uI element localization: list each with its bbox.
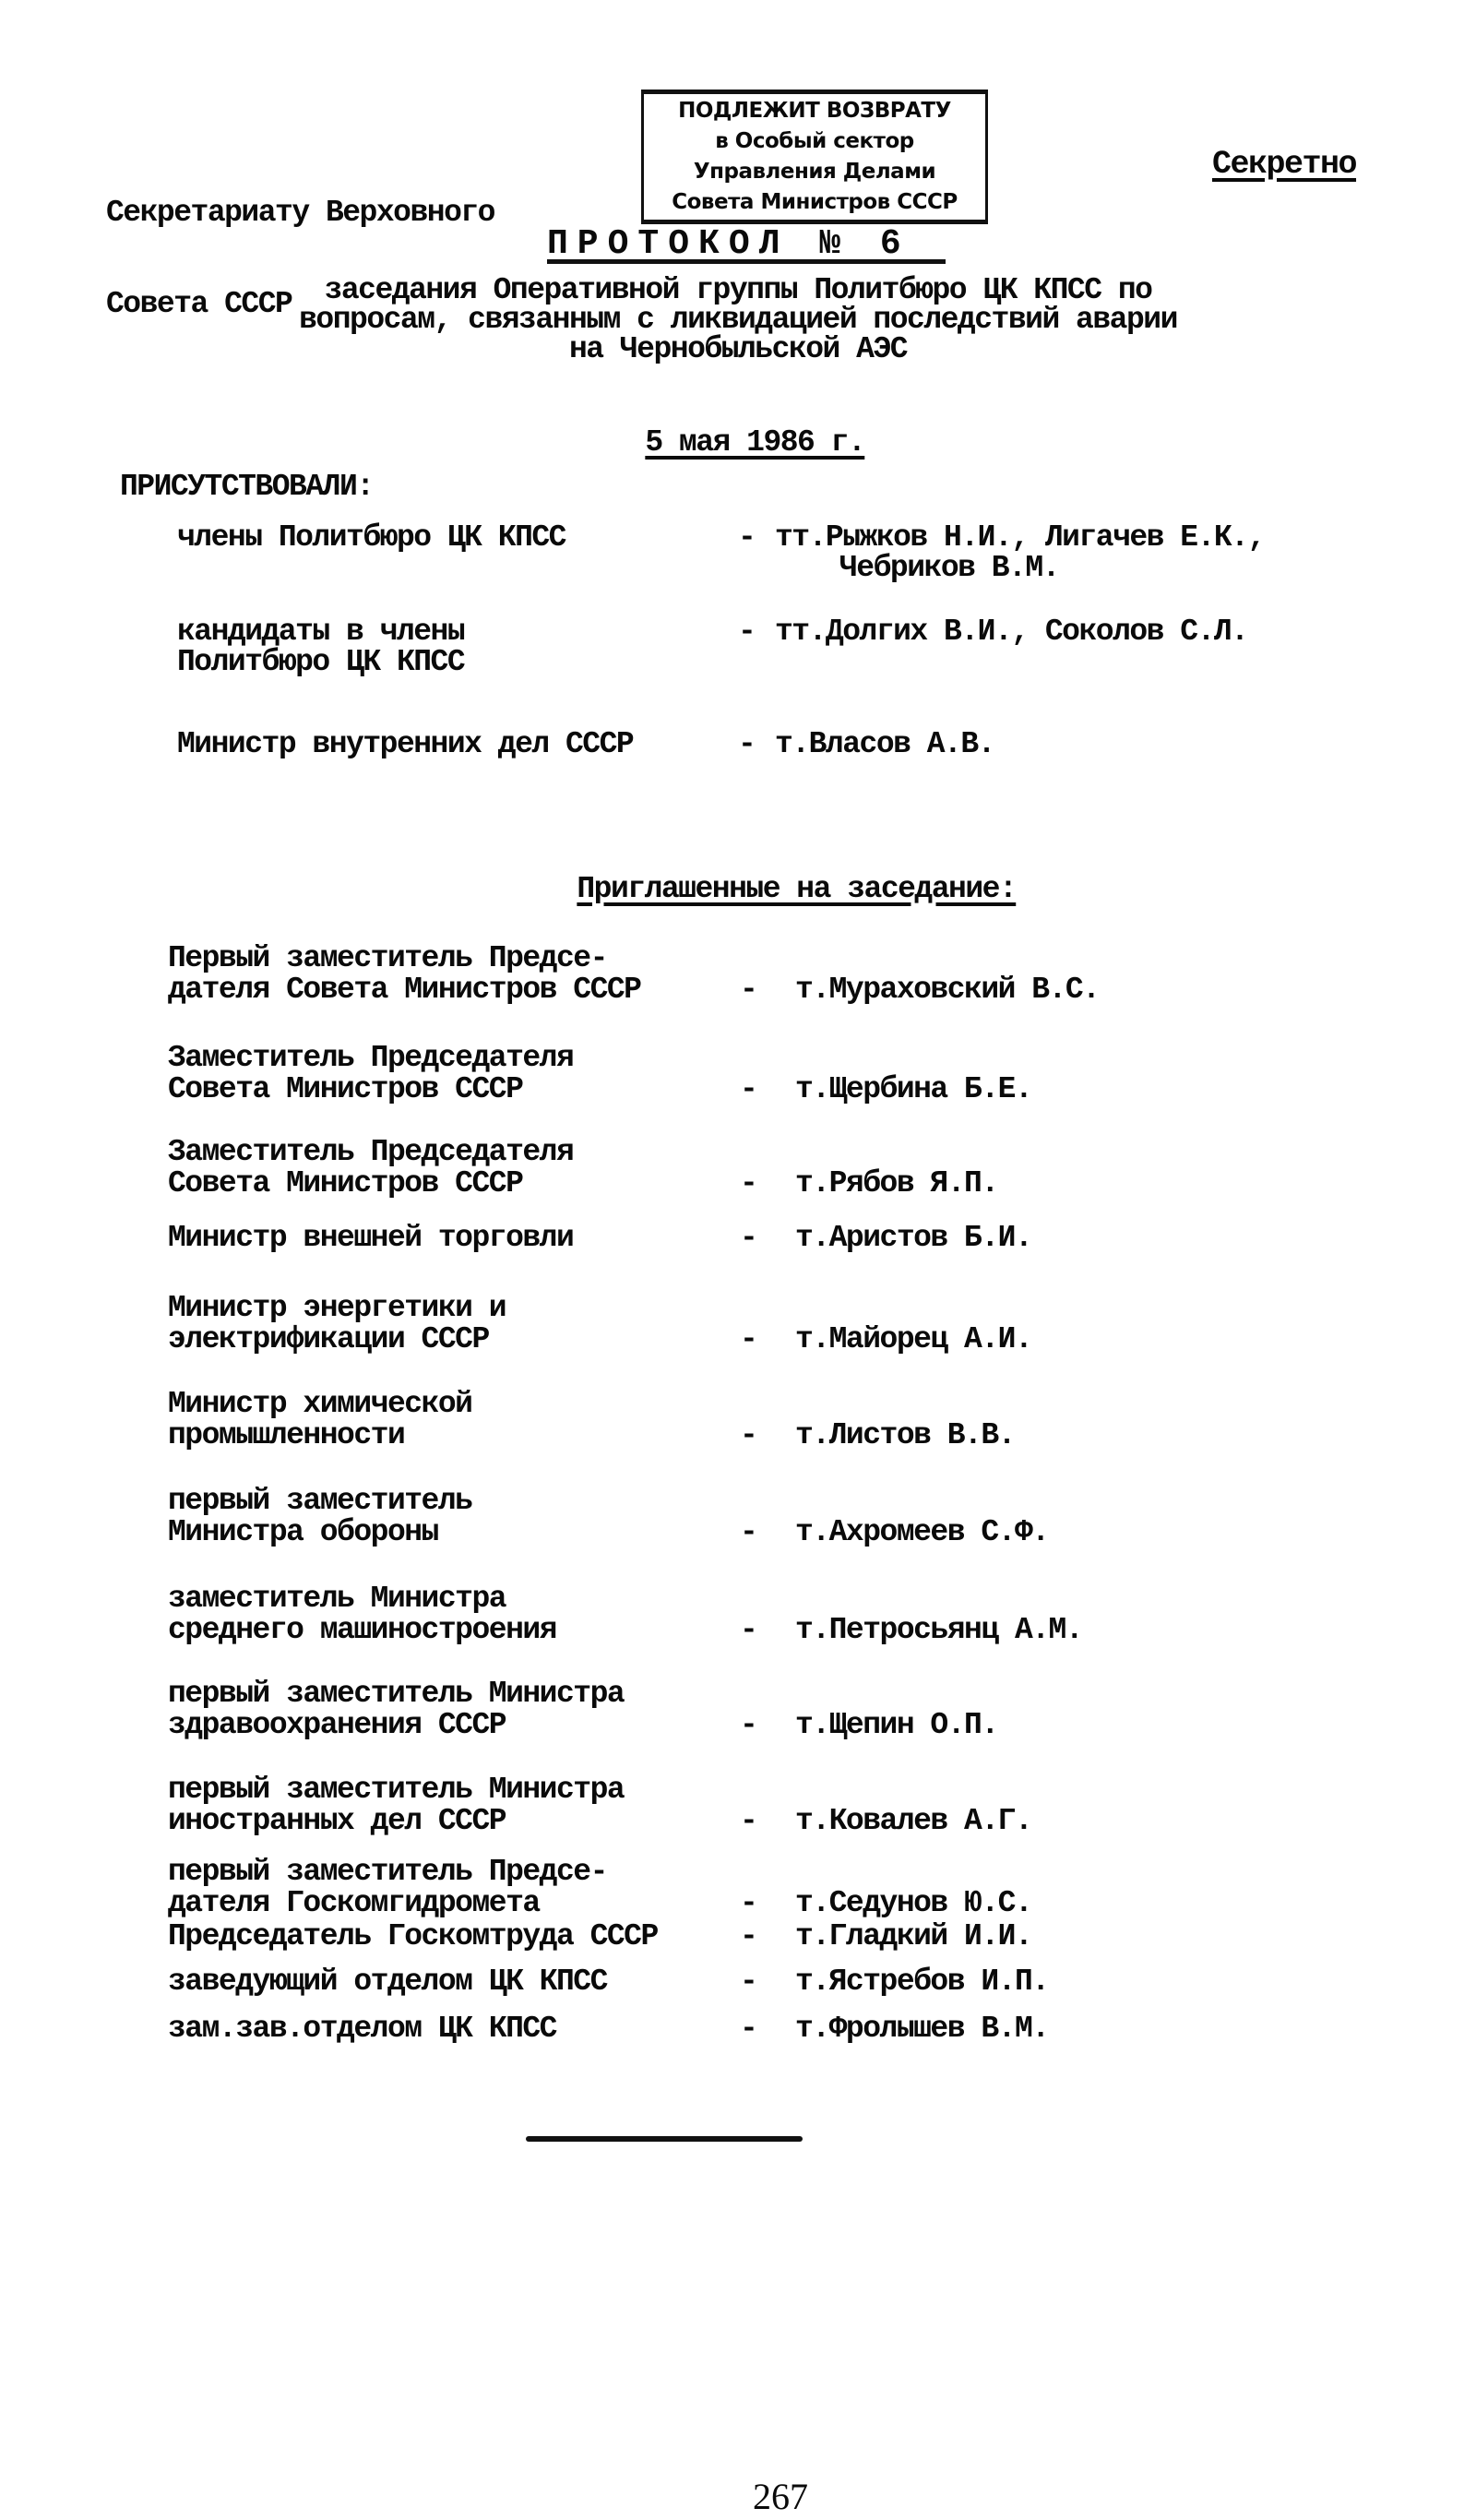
present-row: члены Политбюро ЦК КПСС-тт.Рыжков Н.И., … [0,522,1476,587]
invited-position: Заместитель Председателя [168,1043,573,1073]
meeting-date: 5 мая 1986 г. [645,425,864,460]
dash-separator: - [740,1223,756,1253]
invited-name: т.Фролышев В.М. [795,2013,1049,2044]
classification-mark: Секретно [1212,149,1356,180]
invited-name: т.Майорец А.И. [795,1324,1031,1355]
invited-position: промышленности [168,1420,404,1451]
invited-position: Совета Министров СССР [168,1168,522,1199]
dash-separator: - [738,729,755,759]
invited-position: Председатель Госкомтруда СССР [168,1921,658,1952]
invited-row: первый заместитель Министраздравоохранен… [0,1678,1476,1743]
invited-name: т.Гладкий И.И. [795,1921,1031,1952]
invited-position: Совета Министров СССР [168,1074,522,1105]
invited-position: первый заместитель Предсе- [168,1857,607,1887]
dash-separator: - [740,1074,756,1105]
dash-separator: - [740,1710,756,1740]
invited-name: т.Мураховский В.С. [795,974,1099,1005]
dash-separator: - [740,1324,756,1355]
dash-separator: - [738,616,755,647]
invited-position: здравоохранения СССР [168,1710,506,1740]
invited-position: иностранных дел СССР [168,1806,506,1836]
invited-heading-wrap: Приглашенные на заседание: [0,843,1476,904]
dash-separator: - [738,522,755,553]
present-position: члены Политбюро ЦК КПСС [177,522,565,553]
present-name: тт.Рыжков Н.И., Лигачев Е.К., [775,522,1265,553]
invited-position: Министр химической [168,1389,471,1419]
invited-row: зам.зав.отделом ЦК КПСС-т.Фролышев В.М. [0,2013,1476,2078]
invited-position: первый заместитель [168,1486,471,1516]
addressee-line-1: Секретариату Верховного [106,197,494,228]
invited-position: Министр энергетики и [168,1293,506,1323]
invited-name: т.Щербина Б.Е. [795,1074,1031,1105]
invited-name: т.Ковалев А.Г. [795,1806,1031,1836]
stamp-line-4: Совета Министров СССР [644,187,985,218]
invited-name: т.Рябов Я.П. [795,1168,998,1199]
invited-row: Министр химическойпромышленности-т.Листо… [0,1389,1476,1453]
invited-name: т.Петросьянц А.М. [795,1615,1082,1645]
invited-position: заместитель Министра [168,1583,506,1614]
subtitle-line-3: на Чернобыльской АЭС [0,334,1476,364]
dash-separator: - [740,1420,756,1451]
invited-position: Министра обороны [168,1517,438,1547]
meeting-date-wrap: 5 мая 1986 г. [0,397,1476,458]
dash-separator: - [740,1888,756,1918]
present-row: Министр внутренних дел СССР-т.Власов А.В… [0,729,1476,794]
invited-name: т.Ястребов И.П. [795,1966,1049,1997]
invited-row: Первый заместитель Предсе-дателя Совета … [0,943,1476,1008]
subtitle-line-1: заседания Оперативной группы Политбюро Ц… [0,275,1476,305]
present-row: кандидаты в членыПолитбюро ЦК КПСС-тт.До… [0,616,1476,681]
return-stamp: ПОДЛЕЖИТ ВОЗВРАТУ в Особый сектор Управл… [641,90,988,224]
invited-row: Заместитель ПредседателяСовета Министров… [0,1043,1476,1107]
invited-name: т.Аристов Б.И. [795,1223,1031,1253]
present-position: Политбюро ЦК КПСС [177,647,464,677]
dash-separator: - [740,1806,756,1836]
present-position: Министр внутренних дел СССР [177,729,633,759]
invited-row: первый заместитель Министраиностранных д… [0,1774,1476,1839]
present-name: т.Власов А.В. [775,729,994,759]
invited-position: заведующий отделом ЦК КПСС [168,1966,607,1997]
invited-heading: Приглашенные на заседание: [577,872,1016,906]
present-heading: ПРИСУТСТВОВАЛИ: [120,472,374,502]
title-underline [547,259,946,264]
invited-row: Заместитель ПредседателяСовета Министров… [0,1137,1476,1201]
invited-row: первый заместитель Предсе-дателя Госкомг… [0,1857,1476,1921]
present-name: тт.Долгих В.И., Соколов С.Л. [775,616,1248,647]
dash-separator: - [740,1517,756,1547]
invited-position: первый заместитель Министра [168,1774,624,1805]
invited-name: т.Ахромеев С.Ф. [795,1517,1049,1547]
invited-position: Министр внешней торговли [168,1223,573,1253]
dash-separator: - [740,2013,756,2044]
invited-position: дателя Совета Министров СССР [168,974,641,1005]
invited-position: первый заместитель Министра [168,1678,624,1709]
stamp-line-3: Управления Делами [644,157,985,187]
invited-row: Министр внешней торговли-т.Аристов Б.И. [0,1223,1476,1287]
closing-rule [526,2136,803,2142]
invited-position: зам.зав.отделом ЦК КПСС [168,2013,556,2044]
dash-separator: - [740,1921,756,1952]
invited-name: т.Седунов Ю.С. [795,1888,1031,1918]
invited-position: среднего машиностроения [168,1615,556,1645]
invited-row: Министр энергетики иэлектрификации СССР-… [0,1293,1476,1357]
document-title: ПРОТОКОЛ № 6 [547,224,911,264]
invited-name: т.Щепин О.П. [795,1710,998,1740]
stamp-line-1: ПОДЛЕЖИТ ВОЗВРАТУ [644,96,985,126]
invited-row: заместитель Министрасреднего машинострое… [0,1583,1476,1648]
invited-position: электрификации СССР [168,1324,489,1355]
dash-separator: - [740,1966,756,1997]
dash-separator: - [740,1168,756,1199]
stamp-line-2: в Особый сектор [644,126,985,157]
page-number: 267 [0,2475,1476,2518]
present-position: кандидаты в члены [177,616,464,647]
invited-position: Первый заместитель Предсе- [168,943,607,973]
present-name: Чебриков В.М. [839,553,1059,583]
invited-name: т.Листов В.В. [795,1420,1015,1451]
dash-separator: - [740,974,756,1005]
dash-separator: - [740,1615,756,1645]
invited-position: дателя Госкомгидромета [168,1888,540,1918]
invited-position: Заместитель Председателя [168,1137,573,1167]
subtitle-line-2: вопросам, связанным с ликвидацией послед… [0,305,1476,335]
invited-row: первый заместительМинистра обороны-т.Ахр… [0,1486,1476,1550]
